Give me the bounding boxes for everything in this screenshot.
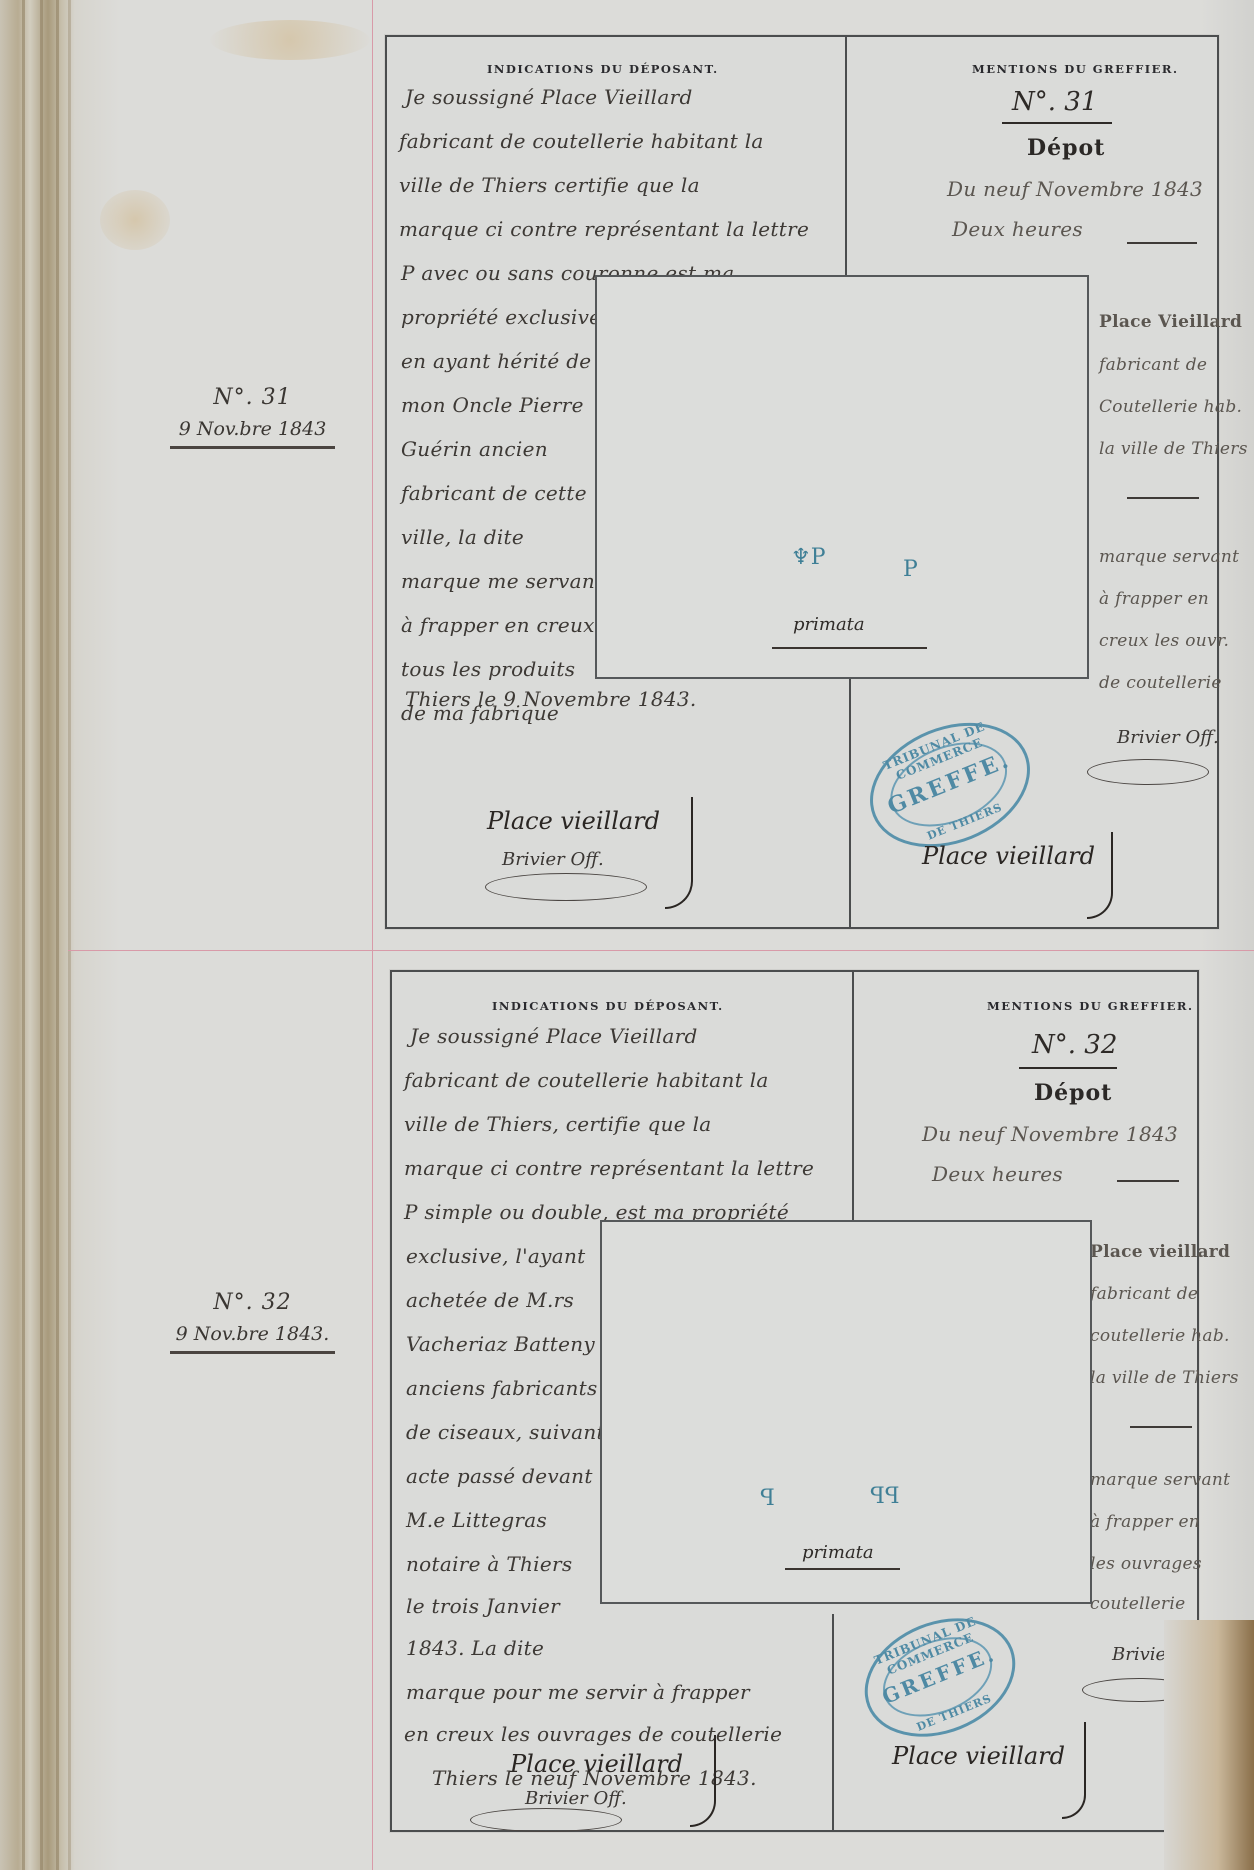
paper-stain bbox=[100, 190, 170, 250]
spine-line bbox=[56, 0, 59, 1870]
spine-line bbox=[68, 0, 71, 1870]
deposant-line: fabricant de coutellerie habitant la bbox=[404, 1068, 769, 1092]
signature-paraph bbox=[485, 873, 647, 901]
greffier-time: Deux heures bbox=[932, 1162, 1063, 1186]
deposant-line: marque pour me servir à frapper bbox=[406, 1680, 750, 1704]
mark-label-underline bbox=[785, 1568, 900, 1570]
margin-date: 9 Nov.bre 1843. bbox=[170, 1323, 335, 1345]
greffier-dash bbox=[1117, 1180, 1179, 1182]
mark-label: primata bbox=[793, 614, 865, 635]
header-deposant: INDICATIONS DU DÉPOSANT. bbox=[487, 62, 719, 76]
side-note: Place Vieillard bbox=[1099, 312, 1242, 332]
greffier-dash bbox=[1127, 242, 1197, 244]
deposant-line: le trois Janvier bbox=[406, 1594, 560, 1618]
column-divider bbox=[849, 677, 851, 927]
column-divider bbox=[832, 1614, 834, 1830]
side-note: Place vieillard bbox=[1090, 1242, 1230, 1262]
witness-signature: Brivier Off. bbox=[502, 849, 604, 870]
signature-flourish bbox=[1062, 1722, 1086, 1819]
side-note: marque servant bbox=[1099, 547, 1239, 567]
greffier-number-underline bbox=[1002, 122, 1112, 124]
deposant-line: tous les produits bbox=[401, 657, 575, 681]
deposant-line: M.e Littegras bbox=[406, 1508, 547, 1532]
greffier-deposant-signature: Place vieillard bbox=[892, 1742, 1065, 1770]
deposant-line: mon Oncle Pierre bbox=[401, 393, 584, 417]
margin-underline bbox=[170, 446, 335, 449]
side-note: fabricant de bbox=[1090, 1284, 1198, 1304]
deposant-signature: Place vieillard bbox=[510, 1750, 683, 1778]
register-page: N°. 31 9 Nov.bre 1843 INDICATIONS DU DÉP… bbox=[0, 0, 1254, 1870]
mark-plain-p: P bbox=[903, 557, 918, 582]
side-note: les ouvrages bbox=[1090, 1554, 1202, 1574]
deposant-line: anciens fabricants bbox=[406, 1376, 598, 1400]
margin-rule-vertical bbox=[372, 0, 373, 1870]
clerk-paraph bbox=[1087, 759, 1209, 785]
page-edge-curl bbox=[1164, 1620, 1254, 1870]
greffier-time: Deux heures bbox=[952, 217, 1083, 241]
spine-line bbox=[40, 0, 43, 1870]
deposant-line: Vacheriaz Batteny bbox=[406, 1332, 595, 1356]
deposant-line: propriété exclusive bbox=[401, 305, 601, 329]
deposant-line: fabricant de coutellerie habitant la bbox=[399, 129, 764, 153]
deposant-line: ville de Thiers certifie que la bbox=[399, 173, 700, 197]
deposant-line: à frapper en creux bbox=[401, 613, 595, 637]
side-note-dash bbox=[1130, 1426, 1192, 1428]
mark-impression-box-31: ♆P P primata bbox=[595, 275, 1089, 679]
entry-divider-rule bbox=[68, 950, 1254, 951]
greffier-date: Du neuf Novembre 1843 bbox=[947, 177, 1203, 201]
deposant-line: marque ci contre représentant la lettre bbox=[404, 1156, 814, 1180]
deposant-line: achetée de M.rs bbox=[406, 1288, 574, 1312]
deposant-line: notaire à Thiers bbox=[406, 1552, 572, 1576]
deposant-line: Je soussigné Place Vieillard bbox=[405, 85, 693, 109]
greffier-depot-title: Dépot bbox=[1027, 135, 1105, 161]
signature-paraph bbox=[470, 1808, 622, 1832]
mark-impression-box-32: ꟼ ꟼꟼ primata bbox=[600, 1220, 1092, 1604]
deposant-line: exclusive, l'ayant bbox=[406, 1244, 585, 1268]
greffier-number: N°. 32 bbox=[1032, 1030, 1117, 1060]
header-greffier: MENTIONS DU GREFFIER. bbox=[987, 999, 1193, 1013]
deposant-line: ville de Thiers, certifie que la bbox=[404, 1112, 712, 1136]
side-note: coutellerie bbox=[1090, 1594, 1185, 1614]
witness-signature: Brivier Off. bbox=[525, 1788, 627, 1809]
margin-number: N°. 31 bbox=[170, 385, 335, 410]
side-note: marque servant bbox=[1090, 1470, 1230, 1490]
deposant-line: 1843. La dite bbox=[406, 1636, 544, 1660]
signature-flourish bbox=[690, 1735, 716, 1827]
signature-flourish bbox=[1087, 832, 1113, 919]
court-seal-stamp: TRIBUNAL DE COMMERCE GREFFE. DE THIERS bbox=[847, 1597, 1033, 1758]
side-note: Coutellerie hab. bbox=[1099, 397, 1242, 417]
greffier-date: Du neuf Novembre 1843 bbox=[922, 1122, 1178, 1146]
greffier-deposant-signature: Place vieillard bbox=[922, 842, 1095, 870]
deposant-line: marque me servant bbox=[401, 569, 603, 593]
column-divider bbox=[845, 37, 847, 275]
column-divider bbox=[852, 972, 854, 1224]
mark-label: primata bbox=[802, 1542, 874, 1563]
margin-entry-31: N°. 31 9 Nov.bre 1843 bbox=[170, 385, 335, 449]
side-note: coutellerie hab. bbox=[1090, 1326, 1230, 1346]
spine-line bbox=[22, 0, 25, 1870]
deposant-line: en creux les ouvrages de coutellerie bbox=[404, 1722, 782, 1746]
clerk-signature: Brivier Off. bbox=[1117, 727, 1219, 748]
deposant-line: acte passé devant bbox=[406, 1464, 593, 1488]
header-deposant: INDICATIONS DU DÉPOSANT. bbox=[492, 999, 724, 1013]
side-note: creux les ouvr. bbox=[1099, 631, 1229, 651]
margin-number: N°. 32 bbox=[170, 1290, 335, 1315]
deposant-line: ville, la dite bbox=[401, 525, 524, 549]
side-note: de coutellerie bbox=[1099, 673, 1222, 693]
paper-stain bbox=[210, 20, 370, 60]
greffier-depot-title: Dépot bbox=[1034, 1080, 1112, 1106]
side-note: la ville de Thiers bbox=[1090, 1368, 1239, 1388]
signature-flourish bbox=[665, 797, 693, 909]
side-note-dash bbox=[1127, 497, 1199, 499]
side-note: fabricant de bbox=[1099, 355, 1207, 375]
deposant-signature: Place vieillard bbox=[487, 807, 660, 835]
greffier-number-underline bbox=[1019, 1067, 1117, 1069]
deposant-line: Je soussigné Place Vieillard bbox=[410, 1024, 698, 1048]
deposant-line: Guérin ancien bbox=[401, 437, 548, 461]
mark-crowned-p: ♆P bbox=[791, 545, 826, 570]
mark-p-reversed: ꟼ bbox=[760, 1486, 775, 1511]
deposant-line: de ciseaux, suivant bbox=[406, 1420, 605, 1444]
margin-date: 9 Nov.bre 1843 bbox=[170, 418, 335, 440]
header-greffier: MENTIONS DU GREFFIER. bbox=[972, 62, 1178, 76]
deposant-line: fabricant de cette bbox=[401, 481, 587, 505]
side-note: la ville de Thiers bbox=[1099, 439, 1248, 459]
mark-label-underline bbox=[772, 647, 927, 649]
side-note: à frapper en bbox=[1099, 589, 1209, 609]
deposant-line: en ayant hérité de bbox=[401, 349, 591, 373]
deposant-line: marque ci contre représentant la lettre bbox=[399, 217, 809, 241]
margin-entry-32: N°. 32 9 Nov.bre 1843. bbox=[170, 1290, 335, 1354]
deposant-line: Thiers le 9 Novembre 1843. bbox=[405, 687, 697, 711]
greffier-number: N°. 31 bbox=[1012, 87, 1097, 117]
side-note: à frapper en bbox=[1090, 1512, 1200, 1532]
margin-underline bbox=[170, 1351, 335, 1354]
mark-double-p-reversed: ꟼꟼ bbox=[870, 1484, 900, 1509]
